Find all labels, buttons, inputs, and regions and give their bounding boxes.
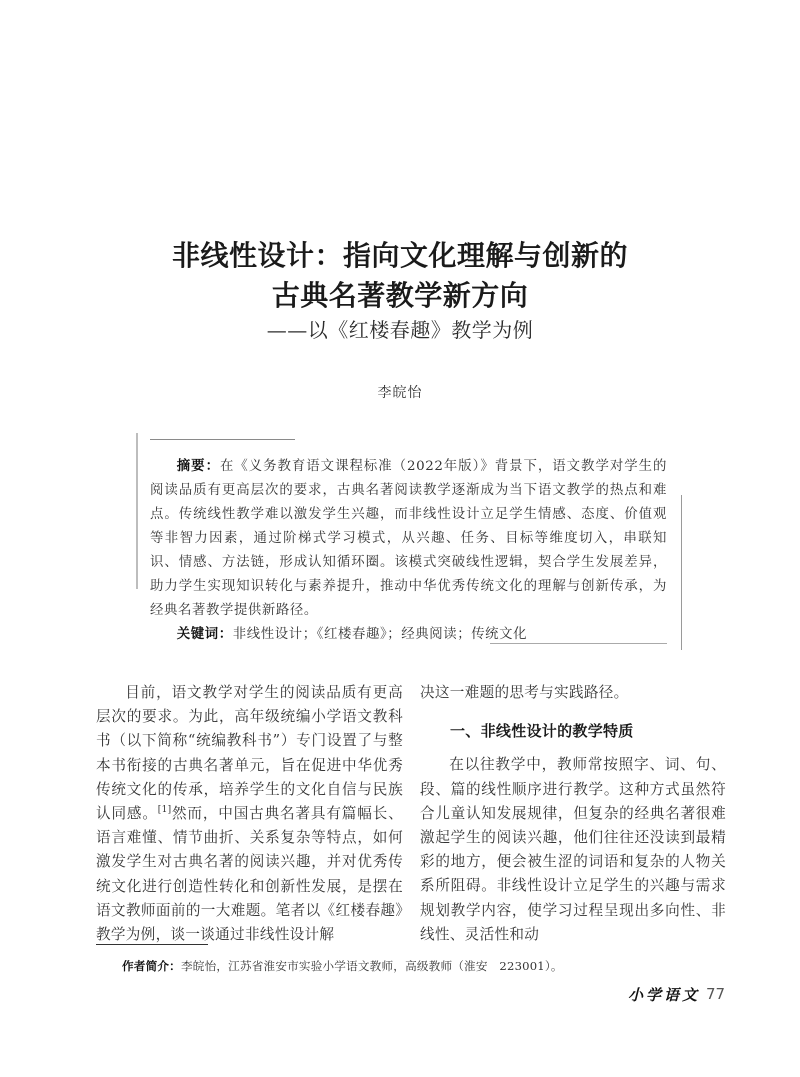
abstract-right-border: [681, 495, 682, 650]
abstract-block: 摘要：在《义务教育语文课程标准（2022年版）》背景下，语文教学对学生的阅读品质…: [150, 455, 667, 647]
body-paragraph: 目前，语文教学对学生的阅读品质有更高层次的要求。为此，高年级统编小学语文教科书（…: [96, 681, 403, 947]
keywords-line: 关键词：非线性设计；《红楼春趣》；经典阅读；传统文化: [150, 623, 667, 647]
citation-marker: [1]: [158, 805, 172, 815]
body-text: 然而，中国古典名著具有篇幅长、语言难懂、情节曲折、关系复杂等特点，如何激发学生对…: [96, 805, 403, 943]
author-bio-text: 李皖怡，江苏省淮安市实验小学语文教师，高级教师（淮安 223001）。: [181, 959, 563, 973]
article-title-line-1: 非线性设计：指向文化理解与创新的: [0, 238, 800, 274]
page-footer: 小学语文 77: [628, 982, 725, 1006]
footnote-rule: [96, 944, 208, 945]
author-bio-label: 作者简介：: [122, 959, 181, 973]
body-paragraph: 在以往教学中，教师常按照字、词、句、段、篇的线性顺序进行教学。这种方式虽然符合儿…: [420, 753, 726, 947]
article-title-line-2: 古典名著教学新方向: [0, 278, 800, 314]
author-bio: 作者简介：李皖怡，江苏省淮安市实验小学语文教师，高级教师（淮安 223001）。: [122, 958, 563, 974]
abstract-top-rule: [150, 439, 295, 440]
page-number: 77: [706, 985, 725, 1003]
body-paragraph-continued: 决这一难题的思考与实践路径。: [420, 681, 726, 705]
abstract-left-border: [136, 433, 138, 589]
abstract-label: 摘要：: [177, 459, 220, 474]
abstract-paragraph: 摘要：在《义务教育语文课程标准（2022年版）》背景下，语文教学对学生的阅读品质…: [150, 455, 667, 623]
journal-name: 小学语文: [628, 984, 700, 1005]
section-heading: 一、非线性设计的教学特质: [420, 719, 726, 743]
body-text: 目前，语文教学对学生的阅读品质有更高层次的要求。为此，高年级统编小学语文教科书（…: [96, 684, 403, 822]
keywords-label: 关键词：: [177, 627, 233, 642]
body-right-column: 决这一难题的思考与实践路径。 一、非线性设计的教学特质 在以往教学中，教师常按照…: [420, 681, 726, 947]
author-name: 李皖怡: [0, 382, 800, 402]
article-subtitle: ——以《红楼春趣》教学为例: [0, 316, 800, 344]
keywords-text: 非线性设计；《红楼春趣》；经典阅读；传统文化: [233, 627, 527, 642]
body-left-column: 目前，语文教学对学生的阅读品质有更高层次的要求。为此，高年级统编小学语文教科书（…: [96, 681, 403, 947]
abstract-text: 在《义务教育语文课程标准（2022年版）》背景下，语文教学对学生的阅读品质有更高…: [150, 459, 667, 618]
